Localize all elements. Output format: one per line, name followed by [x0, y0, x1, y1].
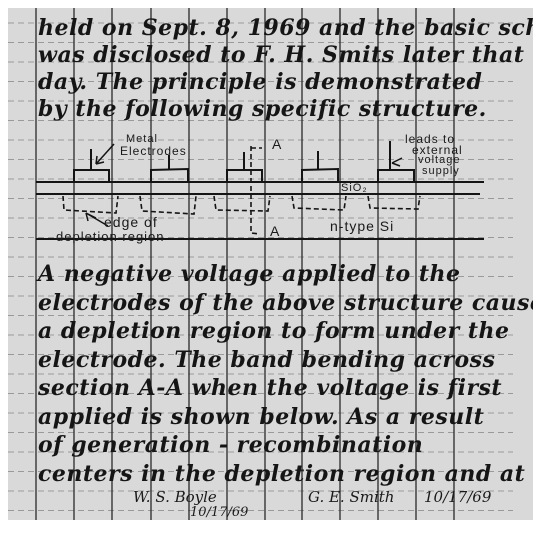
label-depletion-region: depletion region [56, 229, 165, 244]
handwritten-line: held on Sept. 8, 1969 and the basic sche… [38, 15, 533, 41]
handwritten-line: A negative voltage applied to the [38, 261, 461, 287]
handwritten-line: a depletion region to form under the [38, 318, 509, 344]
label-electrodes: Electrodes [120, 144, 187, 158]
witness-date: 10/17/69 [190, 505, 248, 520]
notebook-page: held on Sept. 8, 1969 and the basic sche… [8, 8, 533, 520]
label-section-a-bottom: A [270, 223, 280, 239]
handwritten-line: electrodes of the above structure causes [38, 290, 533, 316]
label-supply: supply [422, 165, 460, 177]
label-edge-of: edge of [104, 214, 158, 230]
handwritten-line: applied is shown below. As a result [38, 404, 484, 430]
handwritten-line: electrode. The band bending across [38, 347, 495, 373]
witness-signature: W. S. Boyle [133, 488, 217, 506]
label-substrate: n-type Si [330, 218, 394, 234]
label-oxide: SiO₂ [341, 182, 368, 194]
handwritten-line: by the following specific structure. [38, 96, 487, 122]
handwritten-line: of generation - recombination [38, 432, 423, 458]
handwritten-line: was disclosed to F. H. Smits later that [38, 42, 524, 68]
handwritten-line: day. The principle is demonstrated [38, 69, 482, 95]
handwritten-line: section A-A when the voltage is first [38, 375, 502, 401]
handwritten-line: centers in the depletion region and at [38, 461, 525, 487]
author-date: 10/17/69 [424, 488, 491, 506]
author-signature: G. E. Smith [308, 488, 394, 506]
label-section-a-top: A [272, 136, 282, 152]
